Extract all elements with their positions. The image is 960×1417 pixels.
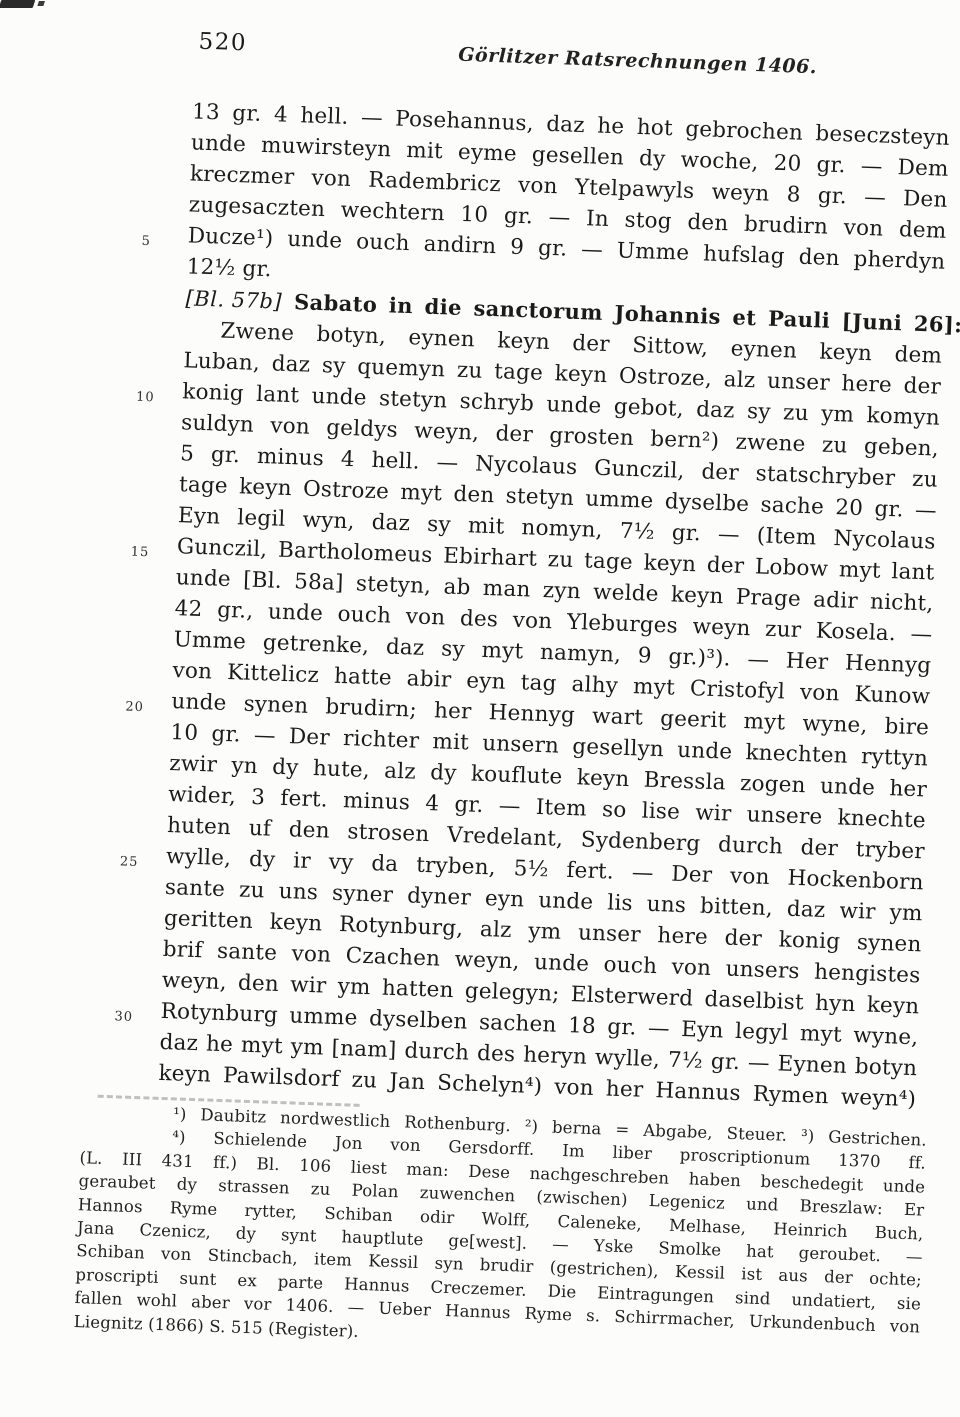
margin-line-number: 15 [130, 537, 150, 569]
margin-line-number: 5 [141, 226, 151, 257]
page-header: 520 Görlitzer Ratsrechnungen 1406. [106, 25, 960, 89]
page-number: 520 [198, 29, 247, 57]
folio-reference: [Bl. 57b] [185, 286, 282, 313]
page-content: 520 Görlitzer Ratsrechnungen 1406. 13 gr… [61, 25, 960, 1362]
margin-line-number: 10 [136, 382, 156, 414]
footnotes-block: ¹) Daubitz nordwestlich Rothenburg. ²) b… [73, 1099, 927, 1362]
scan-artifact-top-left [0, 0, 35, 8]
margin-line-number: 20 [125, 691, 145, 723]
main-text-block: 13 gr. 4 hell. — Posehannus, daz he hot … [158, 96, 950, 1115]
book-page-scan: 520 Görlitzer Ratsrechnungen 1406. 13 gr… [0, 0, 960, 1417]
margin-line-number: 25 [119, 846, 139, 878]
running-title: Görlitzer Ratsrechnungen 1406. [458, 44, 817, 79]
paragraph-entry: Zwene botyn, eynen keyn der Sittow, eyne… [158, 314, 943, 1115]
paragraph-continuation: 13 gr. 4 hell. — Posehannus, daz he hot … [186, 96, 950, 308]
margin-line-number: 30 [114, 1001, 134, 1033]
